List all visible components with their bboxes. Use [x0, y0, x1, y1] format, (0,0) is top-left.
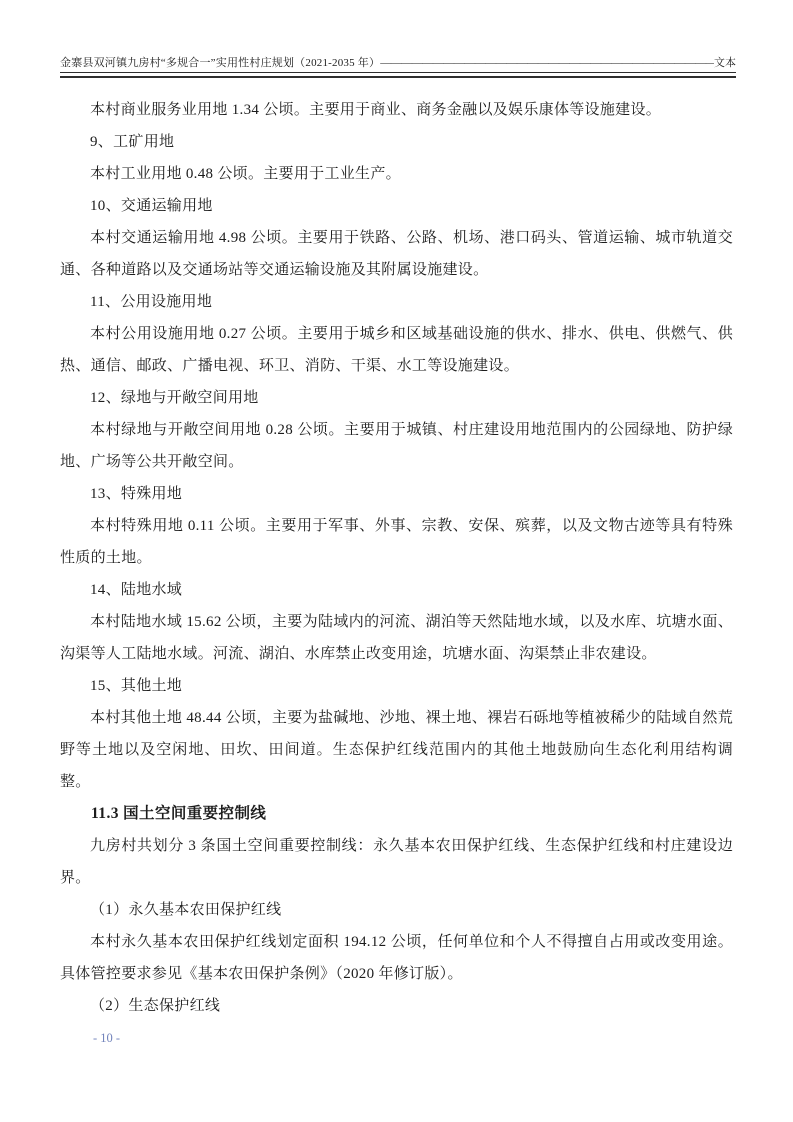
sub-heading: 13、特殊用地 — [60, 478, 733, 510]
body-paragraph: 本村公用设施用地 0.27 公顷。主要用于城乡和区域基础设施的供水、排水、供电、… — [60, 318, 733, 382]
body-paragraph: 本村永久基本农田保护红线划定面积 194.12 公顷，任何单位和个人不得擅自占用… — [60, 926, 733, 990]
sub-heading: （2）生态保护红线 — [60, 990, 733, 1022]
body-paragraph: 本村特殊用地 0.11 公顷。主要用于军事、外事、宗教、安保、殡葬，以及文物古迹… — [60, 510, 733, 574]
body-paragraph: 本村其他土地 48.44 公顷，主要为盐碱地、沙地、裸土地、裸岩石砾地等植被稀少… — [60, 702, 733, 798]
header-dash-rule: —————————————————————————————————————— — [380, 56, 714, 71]
sub-heading: 15、其他土地 — [60, 670, 733, 702]
sub-heading: 10、交通运输用地 — [60, 190, 733, 222]
header-title: 金寨县双河镇九房村“多规合一”实用性村庄规划（2021-2035 年） — [60, 56, 380, 71]
body-paragraph: 本村商业服务业用地 1.34 公顷。主要用于商业、商务金融以及娱乐康体等设施建设… — [60, 94, 733, 126]
header-suffix-label: 文本 — [714, 56, 736, 71]
sub-heading: （1）永久基本农田保护红线 — [60, 894, 733, 926]
document-body: 本村商业服务业用地 1.34 公顷。主要用于商业、商务金融以及娱乐康体等设施建设… — [60, 94, 733, 1022]
sub-heading: 9、工矿用地 — [60, 126, 733, 158]
page-number: - 10 - — [93, 1030, 120, 1046]
sub-heading: 11、公用设施用地 — [60, 286, 733, 318]
sub-heading: 12、绿地与开敞空间用地 — [60, 382, 733, 414]
body-paragraph: 本村绿地与开敞空间用地 0.28 公顷。主要用于城镇、村庄建设用地范围内的公园绿… — [60, 414, 733, 478]
body-paragraph: 九房村共划分 3 条国土空间重要控制线：永久基本农田保护红线、生态保护红线和村庄… — [60, 830, 733, 894]
document-page: 金寨县双河镇九房村“多规合一”实用性村庄规划（2021-2035 年） ————… — [0, 0, 793, 1122]
body-paragraph: 本村工业用地 0.48 公顷。主要用于工业生产。 — [60, 158, 733, 190]
page-header: 金寨县双河镇九房村“多规合一”实用性村庄规划（2021-2035 年） ————… — [60, 56, 736, 78]
section-heading: 11.3 国土空间重要控制线 — [60, 798, 733, 830]
body-paragraph: 本村交通运输用地 4.98 公顷。主要用于铁路、公路、机场、港口码头、管道运输、… — [60, 222, 733, 286]
sub-heading: 14、陆地水域 — [60, 574, 733, 606]
header-row: 金寨县双河镇九房村“多规合一”实用性村庄规划（2021-2035 年） ————… — [60, 56, 736, 73]
body-paragraph: 本村陆地水域 15.62 公顷，主要为陆域内的河流、湖泊等天然陆地水域，以及水库… — [60, 606, 733, 670]
